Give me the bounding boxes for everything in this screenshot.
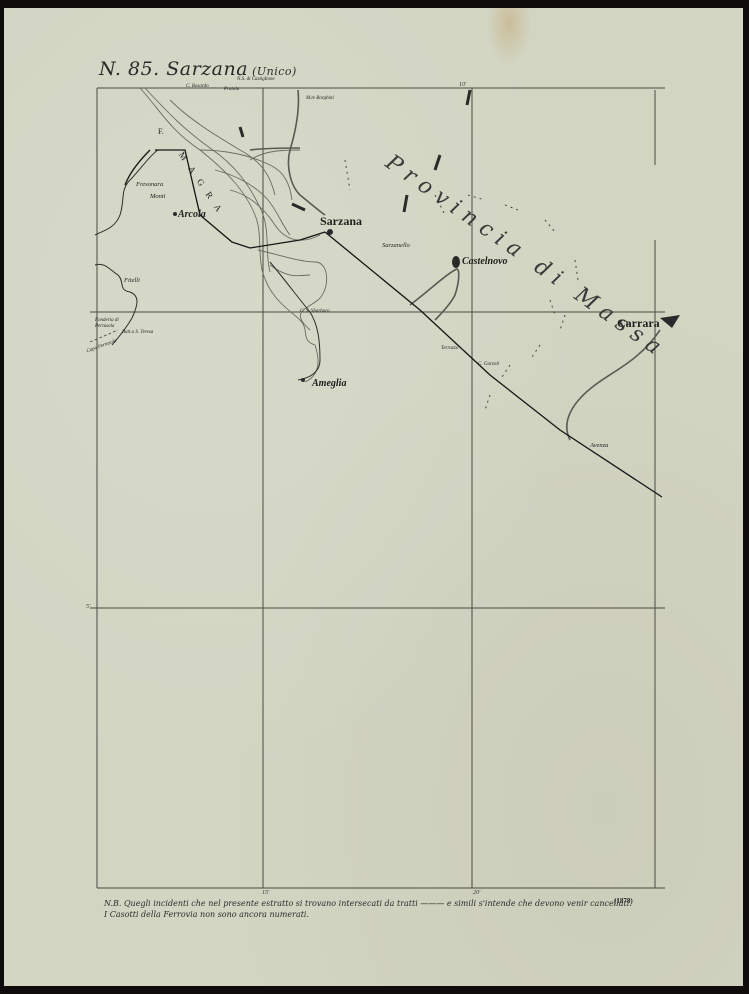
place-pratola: Pratola <box>224 87 239 92</box>
place-ameglia: Ameglia <box>312 378 346 389</box>
place-castelnovo: Castelnovo <box>462 256 508 267</box>
note-line-1: N.B. Quegli incidenti che nel presente e… <box>104 898 632 909</box>
note-line-2: I Casotti della Ferrovia non sono ancora… <box>104 909 632 920</box>
place-mte-borghini: M.te Borghini <box>306 96 334 101</box>
place-c-sbarbaro: C. S. Sbarbaro <box>300 309 330 314</box>
railway <box>95 150 662 497</box>
place-sarzana: Sarzana <box>320 214 362 229</box>
map-note: N.B. Quegli incidenti che nel presente e… <box>104 898 632 920</box>
grid-tick-bottom-left: 15' <box>262 890 269 896</box>
place-batt-s-teresa: Batt.a S. Teresa <box>122 330 153 335</box>
map-drawing <box>0 0 749 994</box>
place-carrara: Carrara <box>617 316 660 331</box>
place-fonderia-pertusola: Fonderia di Pertusola <box>95 318 125 330</box>
river-prefix: F. <box>158 127 164 136</box>
place-fitelli: Fitelli <box>124 277 140 284</box>
river-magra <box>140 88 327 382</box>
map-year: (1878) <box>614 897 633 905</box>
place-monti: Monti <box>150 193 166 200</box>
title-text: N. 85. Sarzana <box>99 58 248 80</box>
place-arcola: Arcola <box>178 209 206 220</box>
place-fresonara: Fresonara <box>136 181 163 188</box>
place-sarzanello: Sarzanello <box>382 242 410 249</box>
grid-tick-left: 5' <box>86 604 90 610</box>
place-c-garzoli: C. Garzoli <box>478 362 499 367</box>
grid-tick-bottom-right: 20' <box>473 890 480 896</box>
place-ns-castiglione: N.S. di Castiglione <box>237 77 275 82</box>
place-c-bosardo: C. Bosardo <box>186 84 209 89</box>
grid-lines <box>90 88 665 888</box>
place-terrazzo: Terrazzo <box>441 346 458 351</box>
place-avenza: Avenza <box>590 442 608 449</box>
grid-tick-top: 10' <box>459 82 466 88</box>
